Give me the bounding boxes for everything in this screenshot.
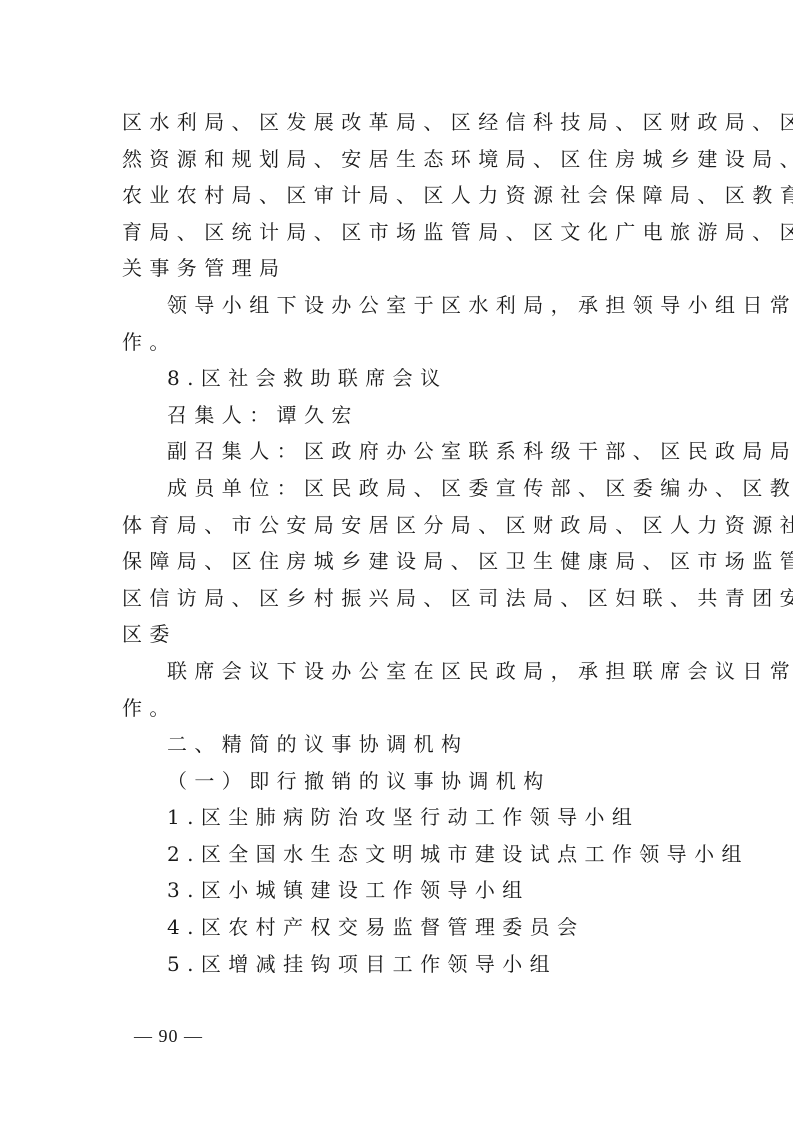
members-line: 区委 bbox=[122, 616, 674, 653]
members-line: 区信访局、区乡村振兴局、区司法局、区妇联、共青团安居 bbox=[122, 580, 674, 617]
office-note-line: 联席会议下设办公室在区民政局，承担联席会议日常工 bbox=[122, 653, 674, 690]
list-item: 2.区全国水生态文明城市建设试点工作领导小组 bbox=[122, 836, 674, 873]
section-8-title: 8.区社会救助联席会议 bbox=[122, 360, 674, 397]
page-number: — 90 — bbox=[134, 1026, 203, 1047]
part-2-heading: 二、精简的议事协调机构 bbox=[122, 726, 674, 763]
convener-line: 召集人：谭久宏 bbox=[122, 397, 674, 434]
members-line: 体育局、市公安局安居区分局、区财政局、区人力资源社会 bbox=[122, 507, 674, 544]
list-item: 4.区农村产权交易监督管理委员会 bbox=[122, 909, 674, 946]
list-item: 5.区增减挂钩项目工作领导小组 bbox=[122, 946, 674, 983]
office-note-line: 领导小组下设办公室于区水利局，承担领导小组日常工 bbox=[122, 287, 674, 324]
member-units-line: 育局、区统计局、区市场监管局、区文化广电旅游局、区机 bbox=[122, 214, 674, 251]
list-item: 1.区尘肺病防治攻坚行动工作领导小组 bbox=[122, 799, 674, 836]
member-units-line: 区水利局、区发展改革局、区经信科技局、区财政局、区自 bbox=[122, 104, 674, 141]
member-units-line: 农业农村局、区审计局、区人力资源社会保障局、区教育体 bbox=[122, 177, 674, 214]
deputy-convener-line: 副召集人：区政府办公室联系科级干部、区民政局局长 bbox=[122, 433, 674, 470]
list-item: 3.区小城镇建设工作领导小组 bbox=[122, 872, 674, 909]
part-2-subheading: （一）即行撤销的议事协调机构 bbox=[122, 763, 674, 800]
member-units-line: 然资源和规划局、安居生态环境局、区住房城乡建设局、区 bbox=[122, 141, 674, 178]
office-note-line: 作。 bbox=[122, 690, 674, 727]
members-line: 成员单位：区民政局、区委宣传部、区委编办、区教育 bbox=[122, 470, 674, 507]
office-note-line: 作。 bbox=[122, 324, 674, 361]
member-units-line: 关事务管理局 bbox=[122, 250, 674, 287]
members-line: 保障局、区住房城乡建设局、区卫生健康局、区市场监管局、 bbox=[122, 543, 674, 580]
document-page: 区水利局、区发展改革局、区经信科技局、区财政局、区自 然资源和规划局、安居生态环… bbox=[122, 104, 674, 982]
